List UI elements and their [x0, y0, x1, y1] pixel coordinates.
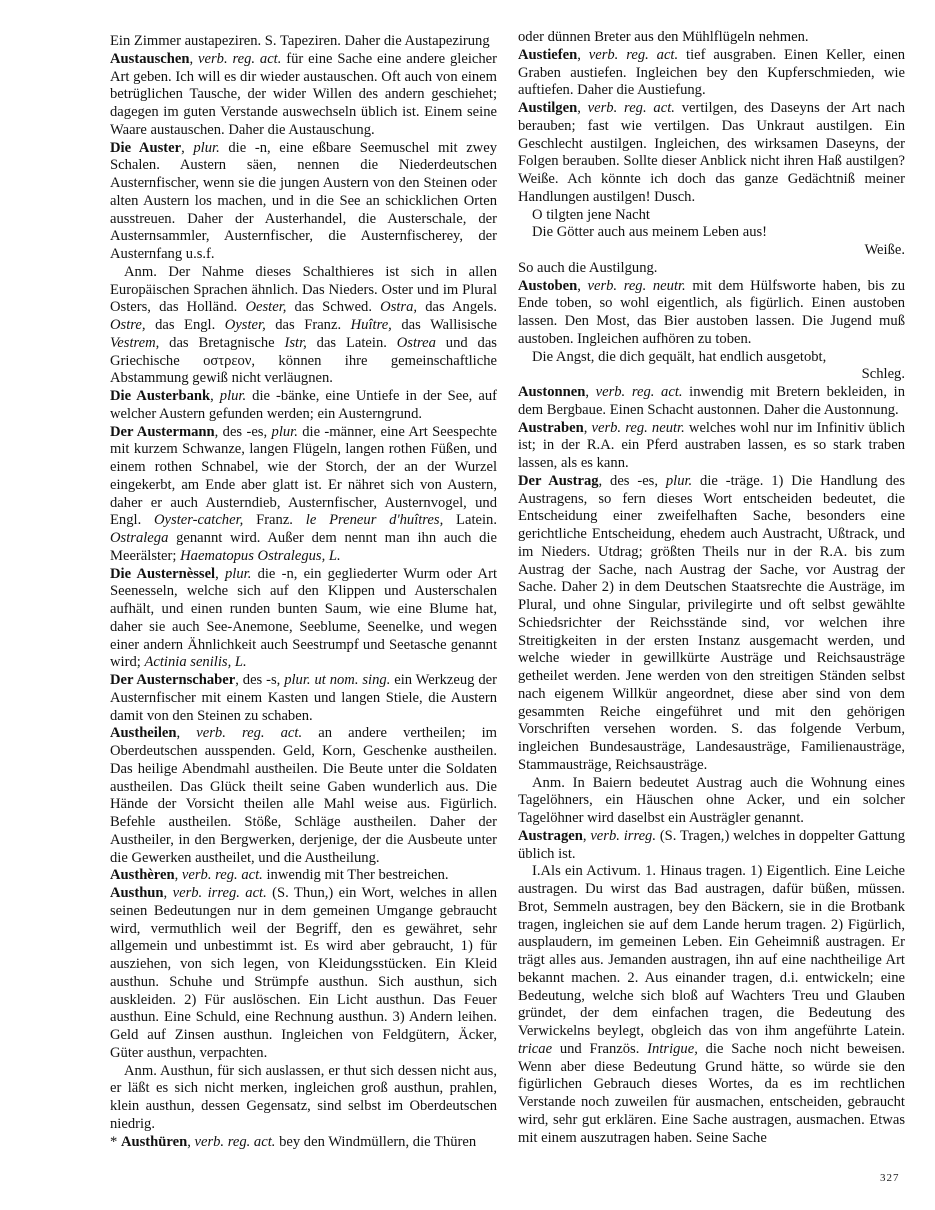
- italic-term: Oyster,: [225, 317, 266, 333]
- dictionary-entry: Austheilen, verb. reg. act. an andere ve…: [110, 725, 497, 867]
- entry-text: ,: [577, 47, 589, 63]
- italic-term: Intrigue,: [647, 1041, 698, 1057]
- entry-text: Weiße.: [864, 242, 905, 258]
- italic-term: verb. reg. act.: [198, 51, 281, 67]
- entry-text: Die Götter auch aus meinem Leben aus!: [532, 224, 767, 240]
- headword: Austhèren: [110, 867, 175, 883]
- verse-line: Die Götter auch aus meinem Leben aus!: [518, 224, 905, 242]
- headword: Austoben: [518, 278, 577, 294]
- italic-term: Haematopus Ostralegus, L.: [180, 548, 341, 564]
- dictionary-entry: Austraben, verb. reg. neutr. welches woh…: [518, 420, 905, 473]
- entry-text: die -träge. 1) Die Handlung des Austrage…: [518, 473, 905, 773]
- headword: Austilgen: [518, 100, 577, 116]
- headword: Austheilen: [110, 725, 177, 741]
- headword: Der Austermann: [110, 424, 215, 440]
- headword: Austonnen: [518, 384, 585, 400]
- italic-term: verb. reg. neutr.: [587, 278, 685, 294]
- dictionary-entry: Austragen, verb. irreg. (S. Tragen,) wel…: [518, 828, 905, 864]
- headword: Die Austernèssel: [110, 566, 215, 582]
- italic-term: plur.: [193, 140, 219, 156]
- italic-term: verb. reg. act.: [195, 1134, 276, 1150]
- headword: Austragen: [518, 828, 583, 844]
- italic-term: Huître,: [351, 317, 392, 333]
- headword: Austhüren: [121, 1134, 187, 1150]
- headword: Die Auster: [110, 140, 181, 156]
- entry-text: (S. Thun,) ein Wort, welches in allen se…: [110, 885, 497, 1061]
- entry-text: das Franz.: [266, 317, 351, 333]
- dictionary-entry: Die Austerbank, plur. die -bänke, eine U…: [110, 388, 497, 424]
- entry-text: ,: [189, 51, 198, 67]
- headword: Austraben: [518, 420, 584, 436]
- headword: Der Austernschaber: [110, 672, 235, 688]
- dictionary-entry: I.Als ein Activum. 1. Hinaus tragen. 1) …: [518, 863, 905, 1147]
- entry-text: das Latein.: [307, 335, 397, 351]
- entry-text: oder dünnen Breter aus den Mühlflügeln n…: [518, 29, 809, 45]
- entry-text: ,: [177, 725, 197, 741]
- italic-term: Istr,: [285, 335, 307, 351]
- headword: Die Austerbank: [110, 388, 210, 404]
- dictionary-entry: Austilgen, verb. reg. act. vertilgen, de…: [518, 100, 905, 207]
- italic-term: Ostra,: [380, 299, 417, 315]
- italic-term: verb. reg. act.: [588, 100, 675, 116]
- entry-text: Die Angst, die dich gequält, hat endlich…: [532, 349, 826, 365]
- italic-term: Ostrea: [397, 335, 436, 351]
- headword: Austauschen: [110, 51, 189, 67]
- entry-text: das Angels.: [417, 299, 497, 315]
- page-number: 327: [880, 1172, 900, 1184]
- entry-text: ,: [585, 384, 595, 400]
- italic-term: plur.: [272, 424, 298, 440]
- dictionary-entry: Austiefen, verb. reg. act. tief ausgrabe…: [518, 47, 905, 100]
- italic-term: plur.: [666, 473, 692, 489]
- entry-text: ,: [210, 388, 220, 404]
- entry-text: Anm. In Baiern bedeutet Austrag auch die…: [518, 775, 905, 827]
- verse-line: O tilgten jene Nacht: [518, 207, 905, 225]
- italic-term: Ostralega: [110, 530, 168, 546]
- quote-attribution: Schleg.: [518, 366, 905, 384]
- entry-text: das Bretagnische: [159, 335, 284, 351]
- dictionary-entry: Der Austrag, des -es, plur. die -träge. …: [518, 473, 905, 775]
- entry-text: Ein Zimmer austapeziren. S. Tapeziren. D…: [110, 33, 490, 49]
- entry-text: bey den Windmüllern, die Thüren: [275, 1134, 476, 1150]
- headword: Austhun: [110, 885, 164, 901]
- italic-term: verb. reg. act.: [589, 47, 678, 63]
- entry-text: I.Als ein Activum. 1. Hinaus tragen. 1) …: [518, 863, 905, 1039]
- entry-text: *: [110, 1134, 121, 1150]
- italic-term: Vestrem,: [110, 335, 159, 351]
- entry-text: ,: [187, 1134, 194, 1150]
- headword: Der Austrag: [518, 473, 599, 489]
- entry-text: ,: [577, 278, 587, 294]
- entry-text: Schleg.: [862, 366, 905, 382]
- quote-attribution: Weiße.: [518, 242, 905, 260]
- italic-term: plur. ut nom. sing.: [284, 672, 390, 688]
- italic-term: plur.: [220, 388, 246, 404]
- italic-term: verb. irreg.: [590, 828, 656, 844]
- entry-text: ,: [215, 566, 225, 582]
- dictionary-entry: Austauschen, verb. reg. act. für eine Sa…: [110, 51, 497, 140]
- dictionary-entry: Der Austermann, des -es, plur. die -männ…: [110, 424, 497, 566]
- entry-text: inwendig mit Ther bestreichen.: [263, 867, 449, 883]
- entry-text: das Schwed.: [286, 299, 380, 315]
- dictionary-entry: Der Austernschaber, des -s, plur. ut nom…: [110, 672, 497, 725]
- entry-text: , des -es,: [215, 424, 272, 440]
- dictionary-column-right: oder dünnen Breter aus den Mühlflügeln n…: [518, 29, 905, 1147]
- headword: Austiefen: [518, 47, 577, 63]
- italic-term: verb. reg. neutr.: [591, 420, 684, 436]
- italic-term: Ostre,: [110, 317, 146, 333]
- entry-text: ,: [181, 140, 193, 156]
- entry-text: Franz.: [243, 512, 305, 528]
- dictionary-entry: oder dünnen Breter aus den Mühlflügeln n…: [518, 29, 905, 47]
- entry-text: ,: [577, 100, 587, 116]
- italic-term: le Preneur d'huîtres,: [306, 512, 443, 528]
- dictionary-entry: Ein Zimmer austapeziren. S. Tapeziren. D…: [110, 33, 497, 51]
- entry-text: Anm. Austhun, für sich auslassen, er thu…: [110, 1063, 497, 1132]
- entry-text: O tilgten jene Nacht: [532, 207, 650, 223]
- dictionary-entry: So auch die Austilgung.: [518, 260, 905, 278]
- italic-term: tricae: [518, 1041, 552, 1057]
- dictionary-entry: Die Austernèssel, plur. die -n, ein gegl…: [110, 566, 497, 673]
- entry-text: Latein.: [443, 512, 497, 528]
- entry-text: So auch die Austilgung.: [518, 260, 657, 276]
- dictionary-entry: Anm. Austhun, für sich auslassen, er thu…: [110, 1063, 497, 1134]
- dictionary-entry: Austhun, verb. irreg. act. (S. Thun,) ei…: [110, 885, 497, 1063]
- dictionary-entry: Austoben, verb. reg. neutr. mit dem Hülf…: [518, 278, 905, 349]
- dictionary-entry: Anm. In Baiern bedeutet Austrag auch die…: [518, 775, 905, 828]
- entry-text: , des -es,: [599, 473, 666, 489]
- dictionary-entry: Austonnen, verb. reg. act. inwendig mit …: [518, 384, 905, 420]
- italic-term: verb. reg. act.: [182, 867, 263, 883]
- dictionary-entry: Austhèren, verb. reg. act. inwendig mit …: [110, 867, 497, 885]
- italic-term: verb. irreg. act.: [173, 885, 267, 901]
- dictionary-entry: Anm. Der Nahme dieses Schalthieres ist s…: [110, 264, 497, 388]
- italic-term: verb. reg. act.: [196, 725, 302, 741]
- entry-text: und Französ.: [552, 1041, 647, 1057]
- entry-text: das Wallisische: [392, 317, 497, 333]
- italic-term: Oyster-catcher,: [154, 512, 243, 528]
- dictionary-entry: Die Auster, plur. die -n, eine eßbare Se…: [110, 140, 497, 264]
- italic-term: Oester,: [245, 299, 286, 315]
- entry-text: die -n, eine eßbare Seemuschel mit zwey …: [110, 140, 497, 263]
- italic-term: Actinia senilis, L.: [144, 654, 246, 670]
- entry-text: an andere vertheilen; im Oberdeutschen a…: [110, 725, 497, 865]
- italic-term: verb. reg. act.: [596, 384, 683, 400]
- dictionary-column-left: Ein Zimmer austapeziren. S. Tapeziren. D…: [110, 33, 497, 1151]
- entry-text: , des -s,: [235, 672, 284, 688]
- italic-term: plur.: [225, 566, 251, 582]
- verse-line: Die Angst, die dich gequält, hat endlich…: [518, 349, 905, 367]
- entry-text: ,: [175, 867, 182, 883]
- entry-text: das Engl.: [146, 317, 225, 333]
- dictionary-entry: * Austhüren, verb. reg. act. bey den Win…: [110, 1134, 497, 1152]
- entry-text: ,: [164, 885, 173, 901]
